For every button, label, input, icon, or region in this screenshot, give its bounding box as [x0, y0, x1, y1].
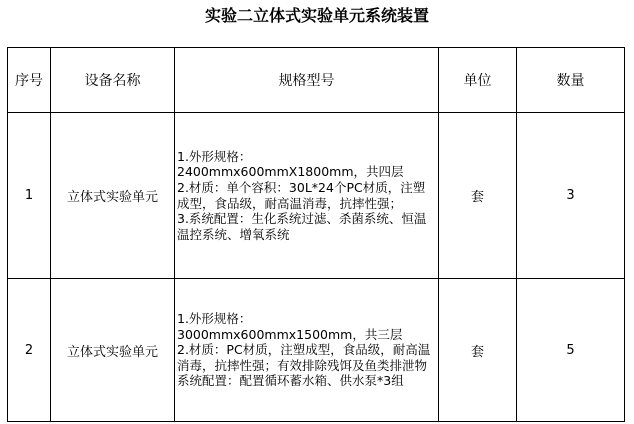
spec-line: 1.外形规格：3000mmx600mmx1500mm，共三层 — [177, 311, 436, 342]
header-row: 序号 设备名称 规格型号 单位 数量 — [8, 48, 625, 113]
spec-line: 2.材质：单个容积：30L*24个PC材质，注塑成型，食品级，耐高温消毒，抗摔性… — [177, 180, 436, 211]
equipment-table: 序号 设备名称 规格型号 单位 数量 1 立体式实验单元 1.外形规格：2400… — [7, 47, 625, 422]
table-row: 2 立体式实验单元 1.外形规格：3000mmx600mmx1500mm，共三层… — [8, 279, 625, 422]
header-spec: 规格型号 — [175, 48, 439, 113]
cell-index: 2 — [8, 279, 51, 422]
cell-name: 立体式实验单元 — [51, 113, 175, 279]
header-index: 序号 — [8, 48, 51, 113]
cell-quantity: 5 — [517, 279, 625, 422]
cell-spec: 1.外形规格：3000mmx600mmx1500mm，共三层 2.材质：PC材质… — [175, 279, 439, 422]
spec-line: 3.系统配置：生化系统过滤、杀菌系统、恒温温控系统、增氧系统 — [177, 211, 436, 242]
cell-index: 1 — [8, 113, 51, 279]
cell-quantity: 3 — [517, 113, 625, 279]
document-title: 实验二立体式实验单元系统装置 — [0, 4, 634, 28]
spec-line: 系统配置：配置循环蓄水箱、供水泵*3组 — [177, 373, 436, 389]
spec-line: 2.材质：PC材质，注塑成型，食品级，耐高温消毒，抗摔性强；有效排除残饵及鱼类排… — [177, 342, 436, 373]
spec-line: 1.外形规格：2400mmx600mmX1800mm，共四层 — [177, 149, 436, 180]
header-quantity: 数量 — [517, 48, 625, 113]
header-name: 设备名称 — [51, 48, 175, 113]
table-row: 1 立体式实验单元 1.外形规格：2400mmx600mmX1800mm，共四层… — [8, 113, 625, 279]
cell-unit: 套 — [439, 279, 517, 422]
cell-name: 立体式实验单元 — [51, 279, 175, 422]
cell-spec: 1.外形规格：2400mmx600mmX1800mm，共四层 2.材质：单个容积… — [175, 113, 439, 279]
header-unit: 单位 — [439, 48, 517, 113]
cell-unit: 套 — [439, 113, 517, 279]
